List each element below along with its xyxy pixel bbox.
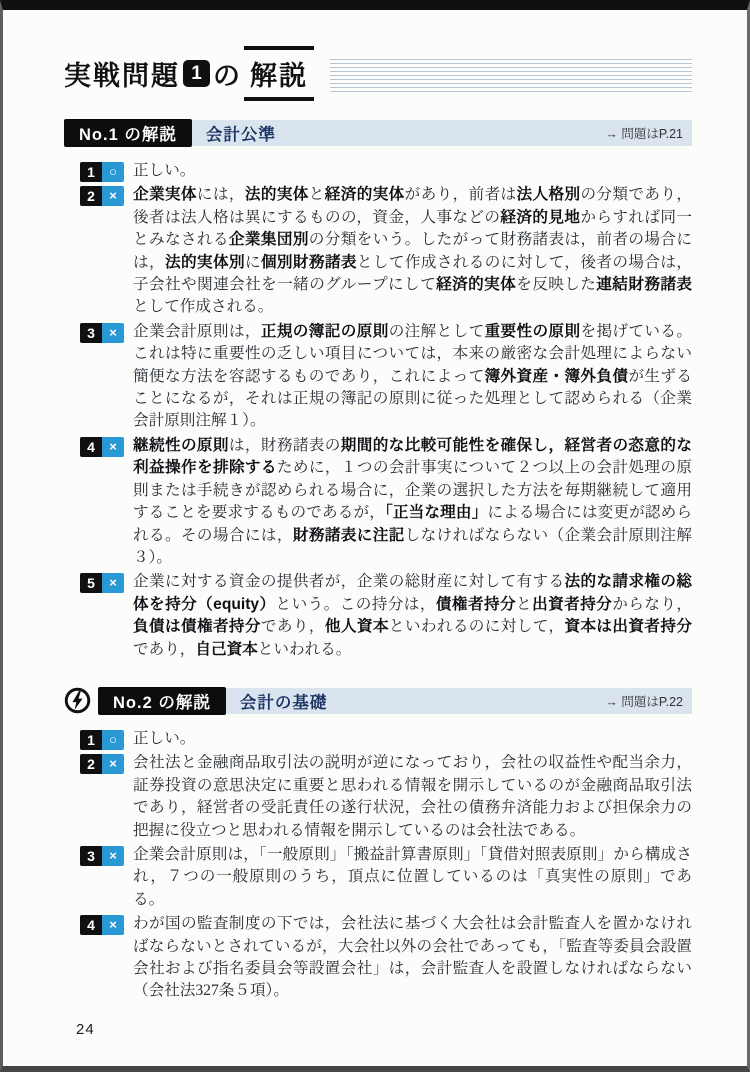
item-text: 企業実体には，法的実体と経済的実体があり，前者は法人格別の分類であり，後者は法人… (133, 184, 692, 318)
book-page: 実戦問題 1 の 解説 No.1 の解説 会計公準 → 問題はP.21 1 ○ … (0, 0, 750, 1072)
explanation-section: No.2 の解説 会計の基礎 → 問題はP.22 1 ○ 正しい。 2 × 会社… (64, 687, 692, 1003)
item-list: 1 ○ 正しい。 2 × 会社法と金融商品取引法の説明が逆になっており，会社の収… (80, 728, 692, 1003)
main-header: 実戦問題 1 の 解説 (64, 46, 692, 101)
item-text: 企業会計原則は，正規の簿記の原則の注解として重要性の原則を掲げている。これは特に… (133, 321, 692, 433)
problem-number-badge: 1 (183, 60, 210, 87)
item-text: 正しい。 (133, 728, 692, 750)
item-number: 3 (80, 846, 102, 866)
explanation-item: 4 × わが国の監査制度の下では，会社法に基づく大会社は会計監査人を置かなければ… (80, 913, 692, 1003)
explanation-section: No.1 の解説 会計公準 → 問題はP.21 1 ○ 正しい。 2 × 企業実… (64, 119, 692, 661)
explanation-item: 5 × 企業に対する資金の提供者が，企業の総財産に対して有する法的な請求権の総体… (80, 571, 692, 661)
section-page-ref: → 問題はP.22 (605, 692, 683, 710)
item-number: 4 (80, 437, 102, 457)
item-mark: × (102, 846, 124, 866)
item-badge: 4 × (80, 915, 124, 935)
page-title-prefix: 実戦問題 (64, 54, 180, 93)
item-number: 1 (80, 730, 102, 750)
item-number: 2 (80, 754, 102, 774)
item-badge: 5 × (80, 573, 124, 593)
section-no-label: No.2 の解説 (98, 687, 226, 715)
item-badge: 3 × (80, 846, 124, 866)
explanation-item: 2 × 企業実体には，法的実体と経済的実体があり，前者は法人格別の分類であり，後… (80, 184, 692, 318)
section-title-bar: 会計の基礎 → 問題はP.22 (226, 688, 692, 714)
item-mark: × (102, 186, 124, 206)
item-mark: ○ (102, 730, 124, 750)
explanation-item: 3 × 企業会計原則は，正規の簿記の原則の注解として重要性の原則を掲げている。こ… (80, 321, 692, 433)
item-mark: × (102, 437, 124, 457)
sections: No.1 の解説 会計公準 → 問題はP.21 1 ○ 正しい。 2 × 企業実… (64, 119, 692, 1003)
item-text: 企業に対する資金の提供者が，企業の総財産に対して有する法的な請求権の総体を持分（… (133, 571, 692, 661)
item-text: 継続性の原則は，財務諸表の期間的な比較可能性を確保し，経営者の恣意的な利益操作を… (133, 435, 692, 569)
item-text: 企業会計原則は，「一般原則」「搬益計算書原則」「貸借対照表原則」から構成され，７… (133, 844, 692, 911)
item-number: 4 (80, 915, 102, 935)
section-no-label: No.1 の解説 (64, 119, 192, 147)
explanation-item: 1 ○ 正しい。 (80, 160, 692, 182)
item-number: 2 (80, 186, 102, 206)
item-number: 5 (80, 573, 102, 593)
item-mark: × (102, 573, 124, 593)
explanation-item: 1 ○ 正しい。 (80, 728, 692, 750)
section-page-ref: → 問題はP.21 (605, 124, 683, 142)
item-badge: 2 × (80, 186, 124, 206)
item-list: 1 ○ 正しい。 2 × 企業実体には，法的実体と経済的実体があり，前者は法人格… (80, 160, 692, 661)
item-number: 3 (80, 323, 102, 343)
item-number: 1 (80, 162, 102, 182)
item-text: 会社法と金融商品取引法の説明が逆になっており，会社の収益性や配当余力，証券投資の… (133, 752, 692, 842)
section-header: No.1 の解説 会計公準 → 問題はP.21 (64, 119, 692, 147)
item-badge: 2 × (80, 754, 124, 774)
item-text: わが国の監査制度の下では，会社法に基づく大会社は会計監査人を置かなければならない… (133, 913, 692, 1003)
page-title-particle: の (213, 54, 242, 93)
item-mark: × (102, 323, 124, 343)
decorative-ruled-lines (330, 59, 692, 93)
explanation-item: 4 × 継続性の原則は，財務諸表の期間的な比較可能性を確保し，経営者の恣意的な利… (80, 435, 692, 569)
section-header: No.2 の解説 会計の基礎 → 問題はP.22 (64, 687, 692, 715)
item-mark: ○ (102, 162, 124, 182)
page-title-emphasized: 解説 (244, 46, 314, 101)
page-title: 実戦問題 1 の 解説 (64, 46, 314, 101)
item-text: 正しい。 (133, 160, 692, 182)
explanation-item: 2 × 会社法と金融商品取引法の説明が逆になっており，会社の収益性や配当余力，証… (80, 752, 692, 842)
explanation-item: 3 × 企業会計原則は，「一般原則」「搬益計算書原則」「貸借対照表原則」から構成… (80, 844, 692, 911)
section-title: 会計公準 (206, 121, 276, 145)
section-title: 会計の基礎 (240, 689, 328, 713)
section-title-bar: 会計公準 → 問題はP.21 (192, 120, 692, 146)
page-number: 24 (76, 1021, 95, 1038)
item-badge: 3 × (80, 323, 124, 343)
item-badge: 1 ○ (80, 162, 124, 182)
item-badge: 4 × (80, 437, 124, 457)
item-mark: × (102, 915, 124, 935)
item-badge: 1 ○ (80, 730, 124, 750)
page-content: 実戦問題 1 の 解説 No.1 の解説 会計公準 → 問題はP.21 1 ○ … (3, 10, 747, 1003)
item-mark: × (102, 754, 124, 774)
lightning-icon (64, 687, 91, 714)
